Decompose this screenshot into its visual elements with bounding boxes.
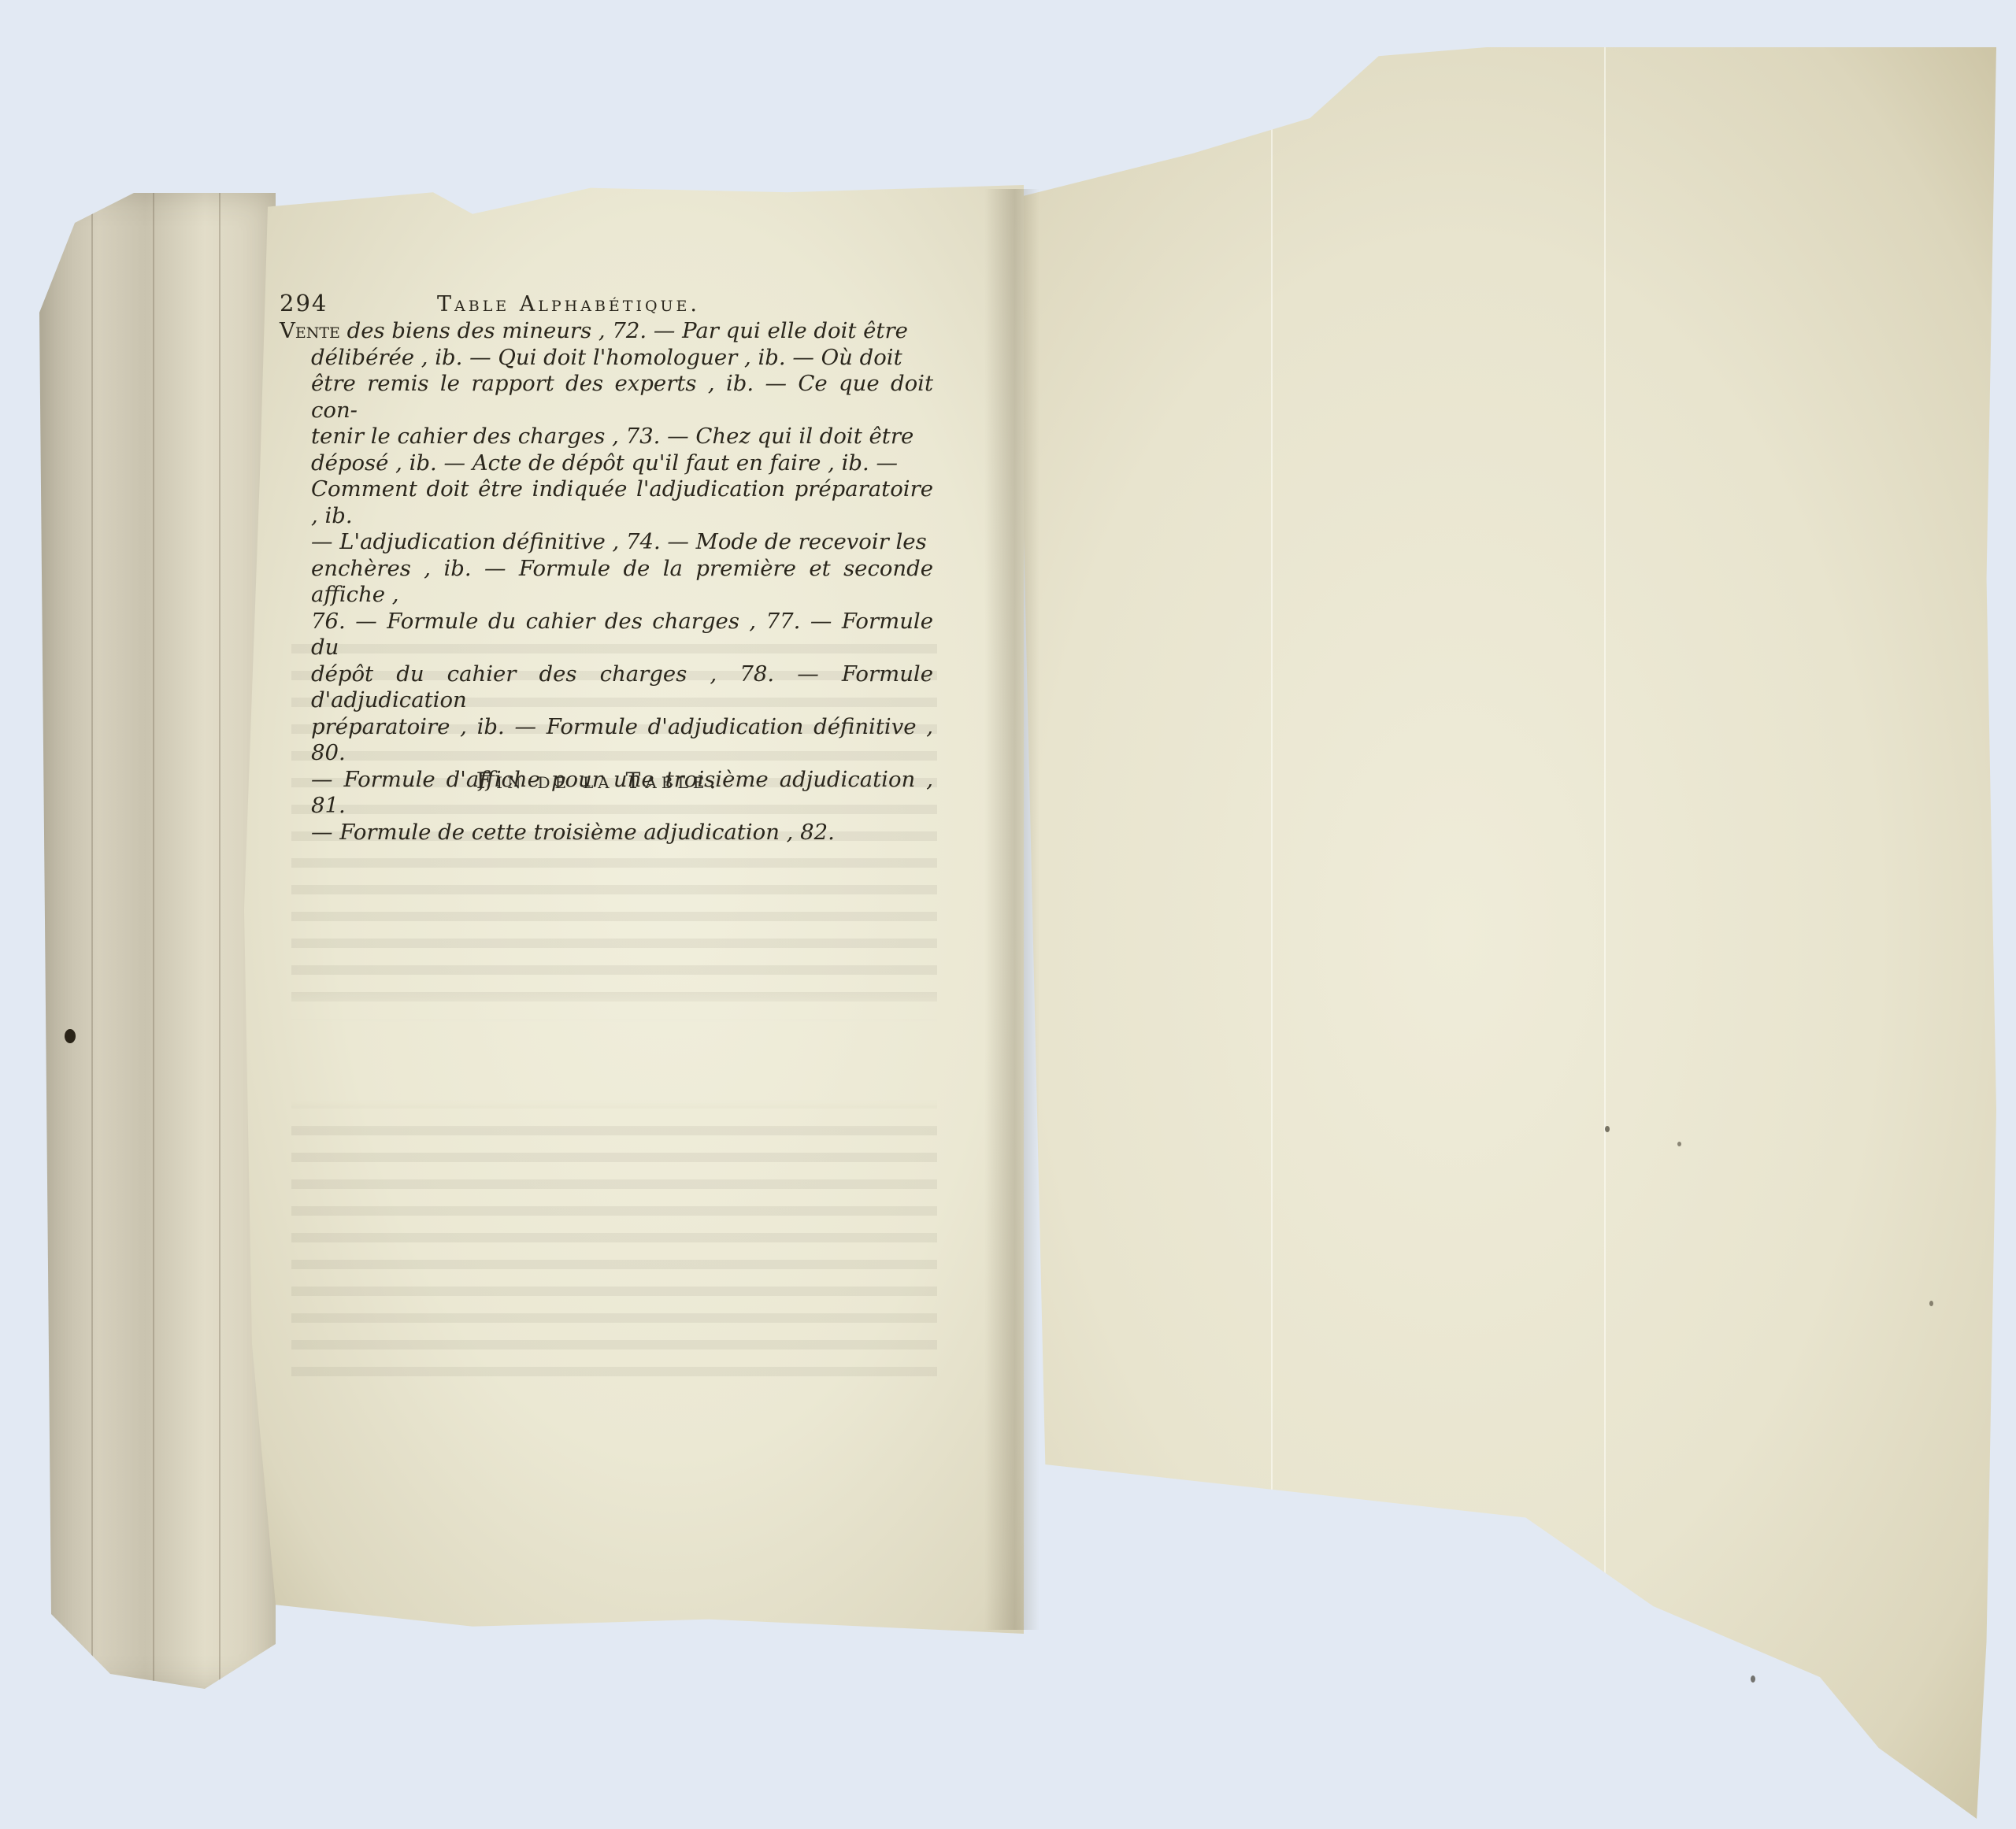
page-fold [91,193,93,1689]
entry-headword: Vente [280,318,340,343]
page-number: 294 [280,290,437,317]
entry-line: 76. — Formule du cahier des charges , 77… [311,609,933,661]
entry-line: déposé , ib. — Acte de dépôt qu'il faut … [311,450,933,477]
entry-line: — L'adjudication définitive , 74. — Mode… [311,529,933,556]
foxing-spot [1605,1126,1610,1132]
end-of-table-heading: Fin de la Table. [441,768,756,794]
index-entry: Vente des biens des mineurs , 72. — Par … [280,318,933,846]
foxing-spot [1929,1301,1933,1306]
book-gutter [984,189,1039,1630]
page-fold [153,193,154,1689]
entry-line: préparatoire , ib. — Formule d'adjudicat… [311,714,933,767]
running-head-title: Table Alphabétique. [437,292,700,317]
entry-line: — Formule de cette troisième adjudicatio… [311,820,933,846]
foxing-spot [1677,1142,1681,1146]
foxing-spot [1751,1675,1755,1683]
entry-line: être remis le rapport des experts , ib. … [311,371,933,424]
page-text: 294 Table Alphabétique. Vente des biens … [280,290,933,846]
right-page-blank [1016,47,1996,1819]
running-head: 294 Table Alphabétique. [280,290,933,318]
entry-line: délibérée , ib. — Qui doit l'homologuer … [311,345,933,372]
entry-line: dépôt du cahier des charges , 78. — Form… [311,661,933,714]
entry-line: Comment doit être indiquée l'adjudicatio… [311,476,933,529]
crumpled-page-edges [39,193,276,1689]
entry-line: enchères , ib. — Formule de la première … [311,556,933,609]
entry-line: Vente des biens des mineurs , 72. — Par … [280,318,933,345]
entry-line: tenir le cahier des charges , 73. — Chez… [311,424,933,450]
ink-spot [65,1029,76,1043]
page-crease [1271,47,1273,1819]
open-book: 294 Table Alphabétique. Vente des biens … [0,0,2016,1829]
page-crease [1604,47,1606,1819]
page-fold [219,193,220,1689]
